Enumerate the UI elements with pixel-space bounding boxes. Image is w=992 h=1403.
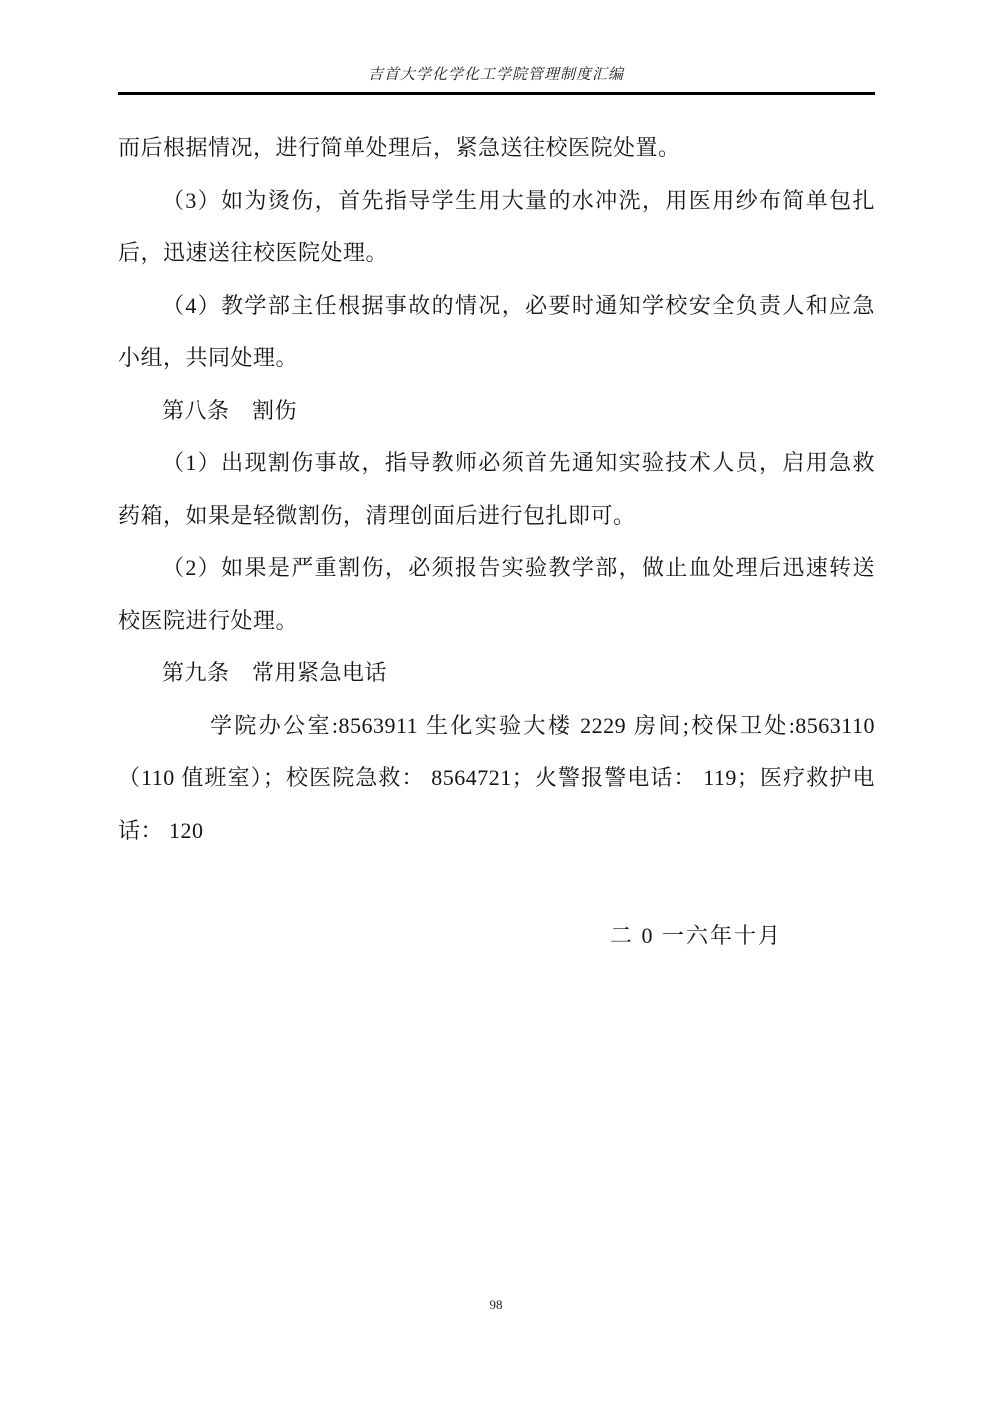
article-8-heading: 第八条 割伤 [118, 385, 875, 438]
date-line: 二 0 一六年十月 [118, 910, 875, 963]
paragraph-line: 而后根据情况，进行简单处理后，紧急送往校医院处置。 [118, 122, 875, 175]
paragraph-line: （3）如为烫伤，首先指导学生用大量的水冲洗，用医用纱布简单包扎 [118, 175, 875, 228]
document-body: 而后根据情况，进行简单处理后，紧急送往校医院处置。 （3）如为烫伤，首先指导学生… [118, 122, 875, 962]
emergency-phone-line: 学院办公室:8563911 生化实验大楼 2229 房间;校保卫处:856311… [118, 700, 875, 753]
page-number: 98 [0, 1297, 992, 1313]
paragraph-line: 校医院进行处理。 [118, 595, 875, 648]
article-9-heading: 第九条 常用紧急电话 [118, 647, 875, 700]
paragraph-line: 药箱，如果是轻微割伤，清理创面后进行包扎即可。 [118, 490, 875, 543]
document-page: 吉首大学化学化工学院管理制度汇编 而后根据情况，进行简单处理后，紧急送往校医院处… [0, 0, 992, 1403]
paragraph-line: 小组，共同处理。 [118, 332, 875, 385]
paragraph-line: （2）如果是严重割伤，必须报告实验教学部，做止血处理后迅速转送 [118, 542, 875, 595]
emergency-phone-line: （110 值班室）；校医院急救： 8564721；火警报警电话： 119；医疗救… [118, 752, 875, 805]
header-title: 吉首大学化学化工学院管理制度汇编 [0, 63, 992, 84]
paragraph-line: 后，迅速送往校医院处理。 [118, 227, 875, 280]
header-rule [118, 92, 875, 95]
emergency-phone-line: 话： 120 [118, 805, 875, 858]
paragraph-line: （4）教学部主任根据事故的情况，必要时通知学校安全负责人和应急 [118, 280, 875, 333]
paragraph-line: （1）出现割伤事故，指导教师必须首先通知实验技术人员，启用急救 [118, 437, 875, 490]
blank-line [118, 857, 875, 910]
